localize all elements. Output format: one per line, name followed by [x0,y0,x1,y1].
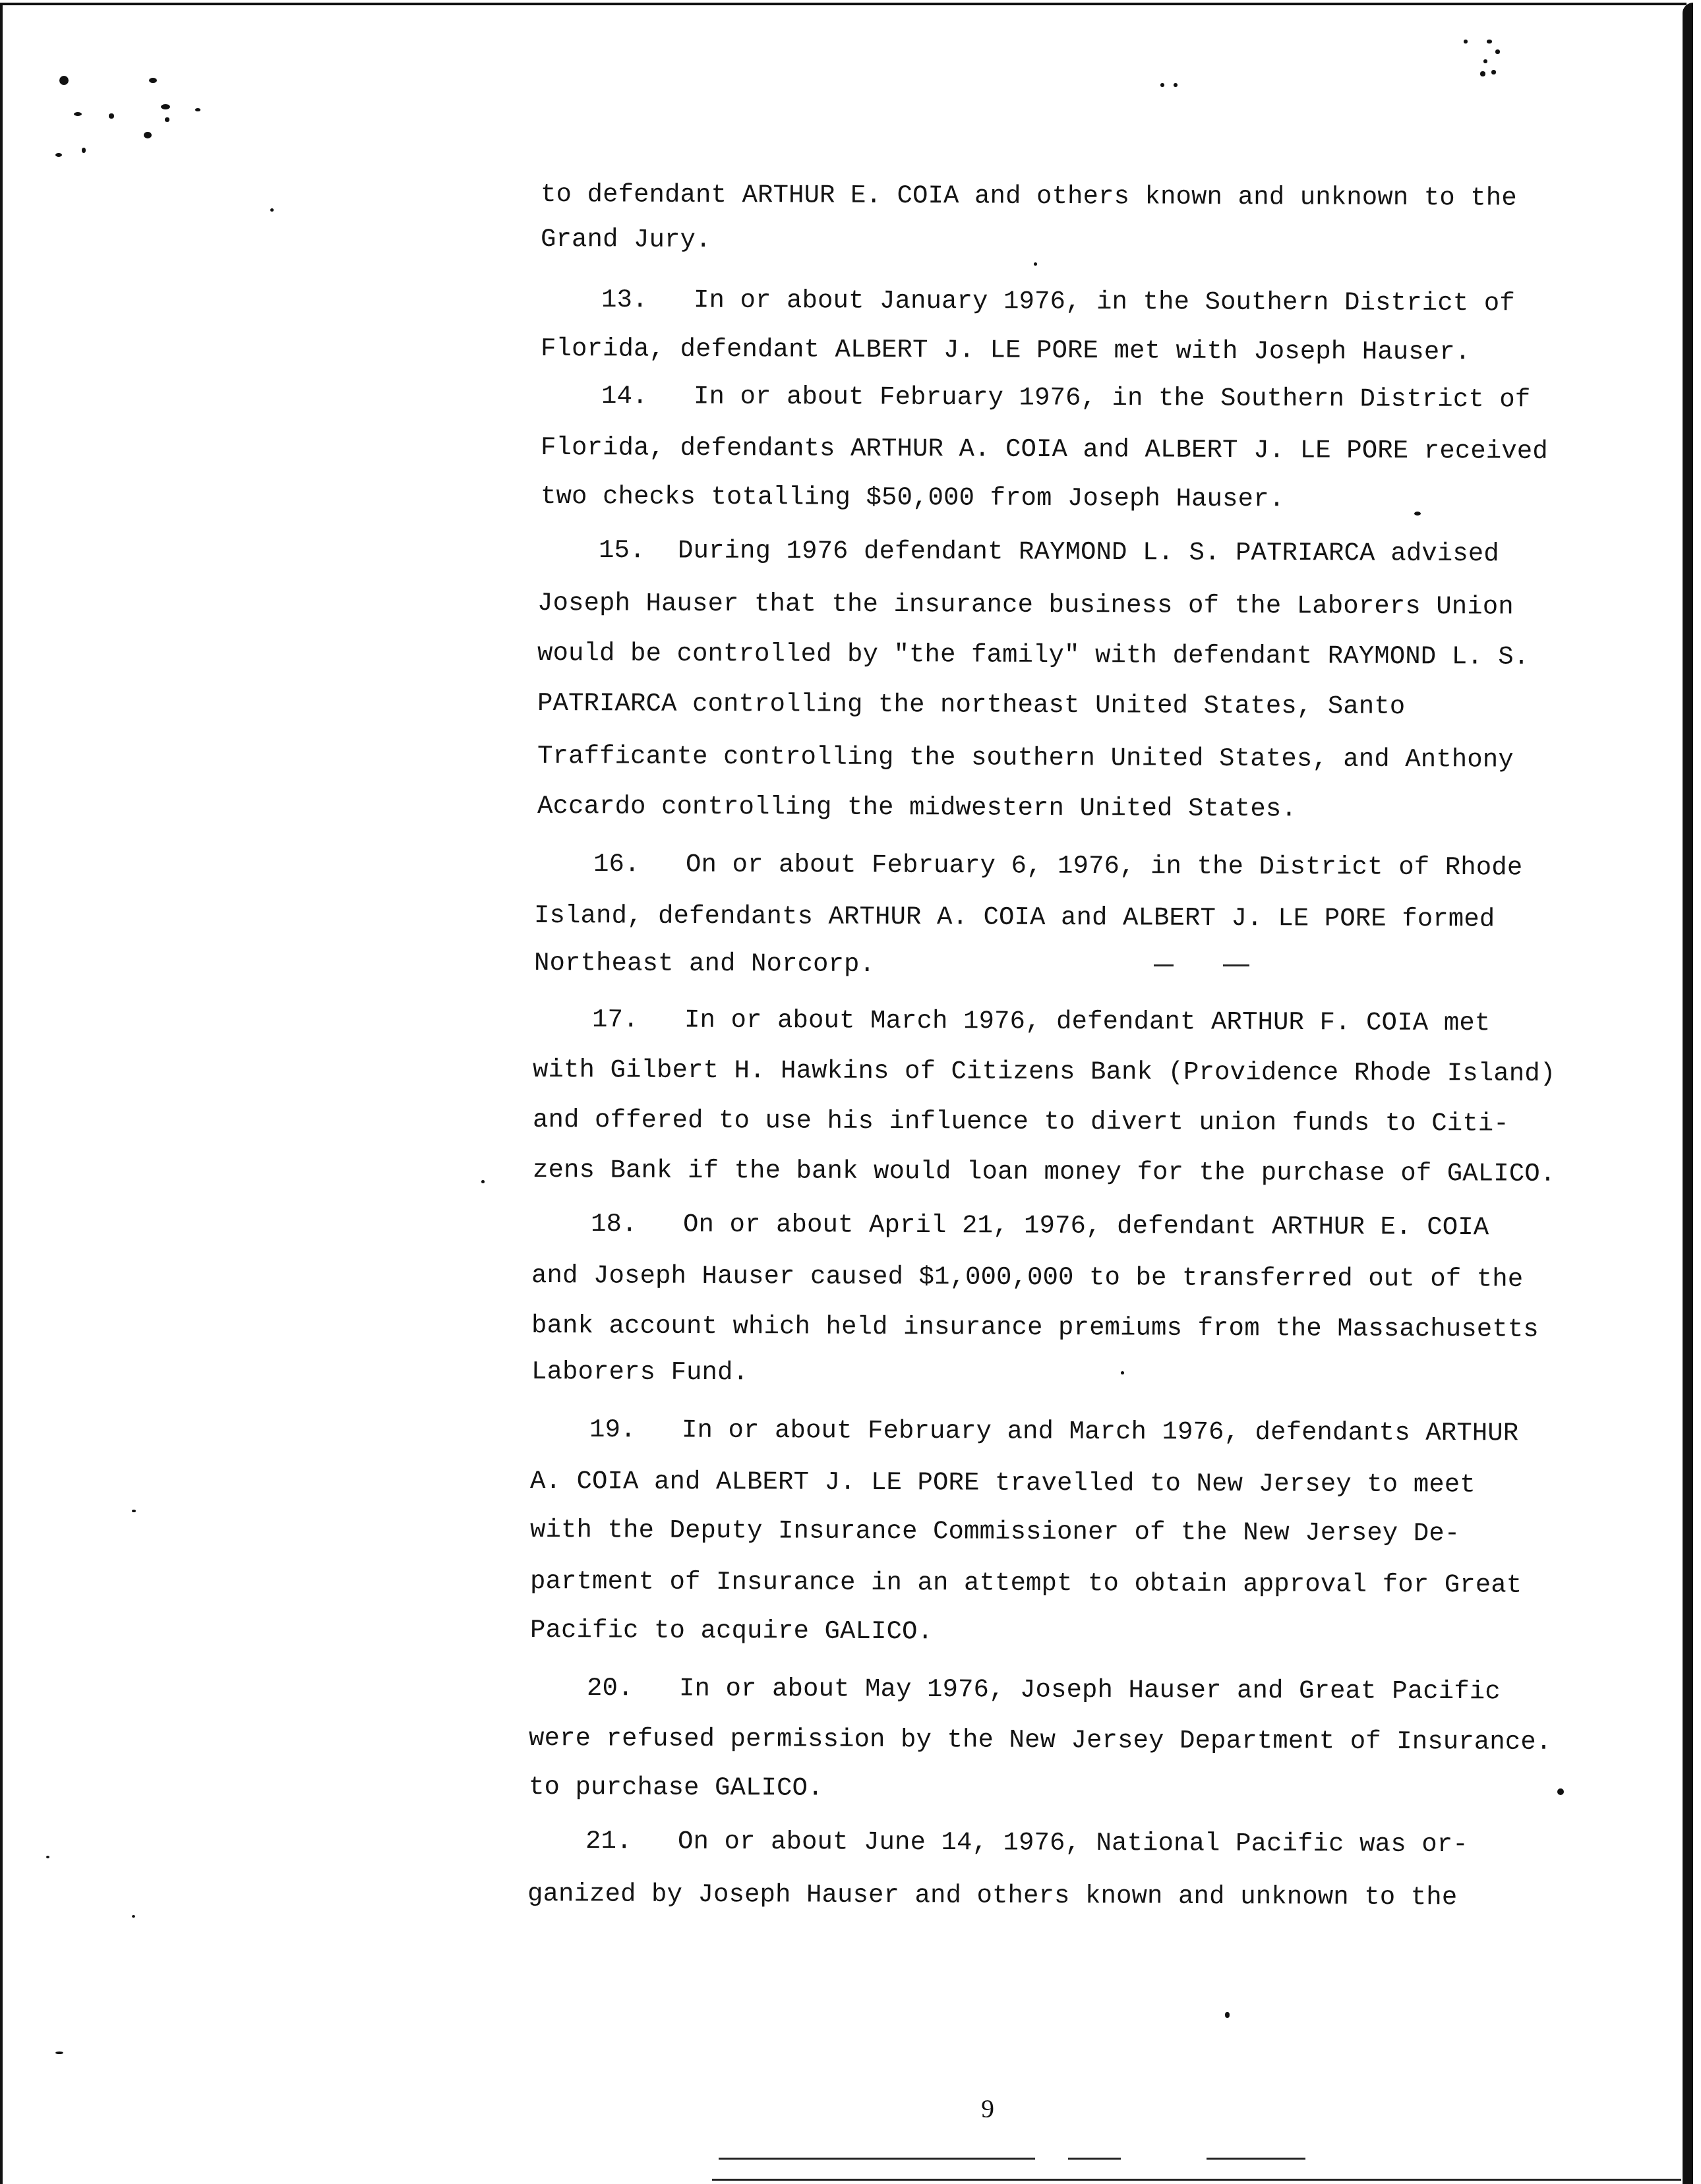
document-body: to defendant ARTHUR E. COIA and others k… [0,0,1701,2184]
text-line: Trafficante controlling the southern Uni… [537,741,1514,775]
paragraph-20-start: 20.In or about May 1976, Joseph Hauser a… [587,1673,1501,1707]
text-line: Island, defendants ARTHUR A. COIA and AL… [534,900,1495,935]
text-line: would be controlled by "the family" with… [537,638,1529,672]
scanned-document-page: to defendant ARTHUR E. COIA and others k… [0,0,1701,2184]
paragraph-number: 16. [593,849,686,880]
text-line: Florida, defendant ALBERT J. LE PORE met… [541,334,1470,367]
paragraph-21-start: 21.On or about June 14, 1976, National P… [585,1826,1468,1860]
paragraph-number: 13. [601,285,694,316]
text-line: Pacific to acquire GALICO. [530,1615,933,1647]
text-line: and offered to use his influence to dive… [533,1105,1509,1139]
page-number: 9 [981,2093,994,2124]
text-line: Florida, defendants ARTHUR A. COIA and A… [541,432,1548,467]
text-line: Accardo controlling the midwestern Unite… [537,791,1297,824]
paragraph-13-start: 13.In or about January 1976, in the Sout… [601,285,1515,318]
paragraph-number: 19. [589,1415,682,1446]
paragraph-18-start: 18.On or about April 21, 1976, defendant… [591,1209,1489,1243]
text-line: Laborers Fund. [531,1357,748,1388]
text-line: ganized by Joseph Hauser and others know… [527,1879,1457,1912]
text-line: with the Deputy Insurance Commissioner o… [530,1515,1460,1549]
paragraph-19-start: 19.In or about February and March 1976, … [589,1415,1518,1448]
text-line: to defendant ARTHUR E. COIA and others k… [541,179,1517,214]
text-line: were refused permission by the New Jerse… [529,1723,1551,1757]
text-line: Northeast and Norcorp. [534,948,875,980]
text-line: Grand Jury. [541,224,711,255]
text-line: PATRIARCA controlling the northeast Unit… [537,688,1405,722]
text-line: with Gilbert H. Hawkins of Citizens Bank… [533,1055,1555,1089]
text-line: A. COIA and ALBERT J. LE PORE travelled … [530,1466,1476,1500]
text-line: Joseph Hauser that the insurance busines… [537,588,1514,622]
paragraph-17-start: 17.In or about March 1976, defendant ART… [592,1005,1490,1038]
text-line: and Joseph Hauser caused $1,000,000 to b… [531,1260,1523,1295]
text-line: bank account which held insurance premiu… [531,1311,1539,1345]
paragraph-14-start: 14.In or about February 1976, in the Sou… [601,381,1530,415]
paragraph-number: 14. [601,381,694,412]
paragraph-number: 20. [587,1673,679,1704]
paragraph-number: 21. [585,1826,678,1857]
text-line: to purchase GALICO. [529,1772,823,1804]
paragraph-number: 17. [592,1005,684,1036]
paragraph-number: 18. [591,1209,683,1240]
paragraph-number: 15. [599,535,678,566]
text-line: partment of Insurance in an attempt to o… [530,1566,1522,1601]
text-line: two checks totalling $50,000 from Joseph… [541,481,1284,514]
paragraph-15-start: 15.During 1976 defendant RAYMOND L. S. P… [599,535,1499,569]
text-line: zens Bank if the bank would loan money f… [533,1155,1555,1189]
paragraph-16-start: 16.On or about February 6, 1976, in the … [593,849,1522,883]
